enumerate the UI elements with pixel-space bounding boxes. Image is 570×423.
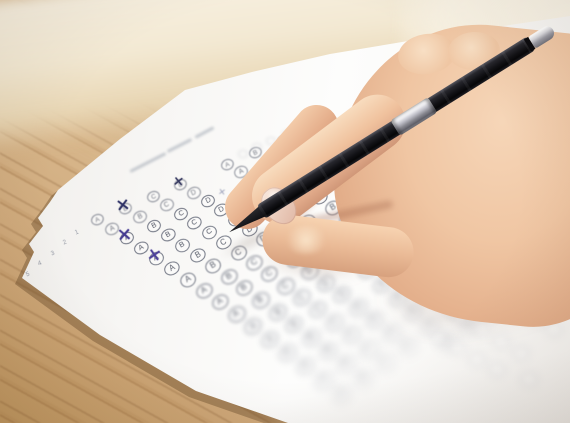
vignette: [0, 0, 570, 423]
photo-scene: ABCDABCDABCDABCDABCDABCDABCDABCDABCDABCD…: [0, 0, 570, 423]
